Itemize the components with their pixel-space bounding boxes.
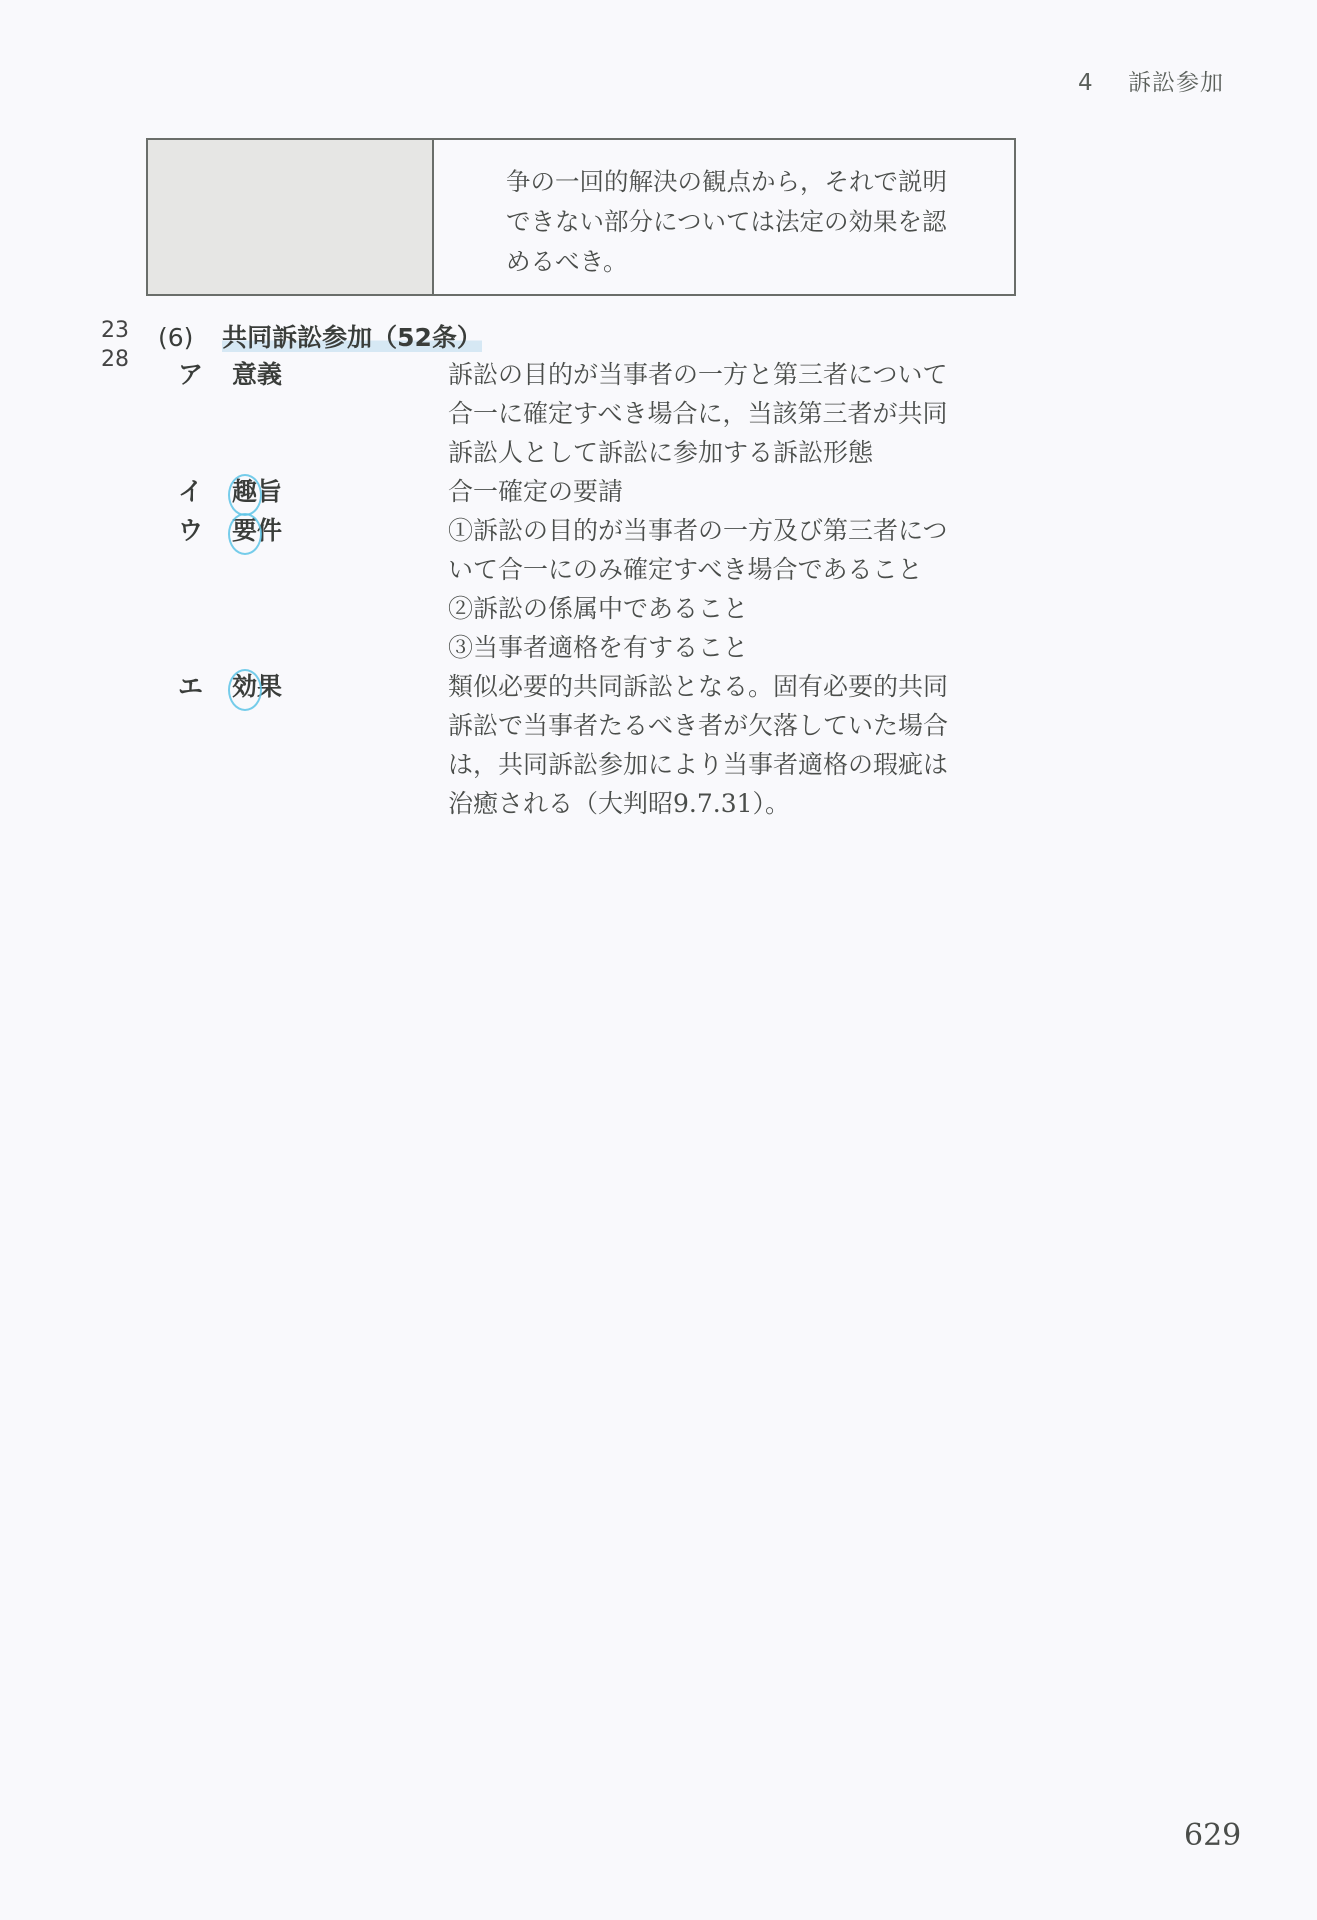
item-description: ①訴訟の目的が当事者の一方及び第三者につ いて合一にのみ確定すべき場合であること… [448,511,1008,667]
item-marker: ウ [178,511,203,550]
list-item-requirements: ウ 要件 ①訴訟の目的が当事者の一方及び第三者につ いて合一にのみ確定すべき場合… [0,511,1317,667]
margin-number: 23 [101,316,129,345]
desc-line: 合一確定の要請 [448,472,1008,511]
item-label: 意義 [232,355,282,394]
desc-line: は，共同訴訟参加により当事者適格の瑕疵は [448,745,1008,784]
desc-line: 治癒される（大判昭9.7.31）。 [448,784,1008,823]
table-left-cell [148,140,434,294]
chapter-number: 4 [1078,70,1094,96]
item-description: 類似必要的共同訴訟となる。固有必要的共同 訴訟で当事者たるべき者が欠落していた場… [448,667,1008,823]
desc-line: 訴訟人として訴訟に参加する訴訟形態 [448,433,1008,472]
chapter-title: 訴訟参加 [1128,70,1224,96]
desc-line: 合一に確定すべき場合に，当該第三者が共同 [448,394,1008,433]
page-number: 629 [1184,1818,1241,1853]
desc-line: 訴訟の目的が当事者の一方と第三者について [448,355,1008,394]
desc-line: いて合一にのみ確定すべき場合であること [448,550,1008,589]
desc-line: ②訴訟の係属中であること [448,589,1008,628]
running-head: 4 訴訟参加 [1078,64,1224,97]
desc-line: 類似必要的共同訴訟となる。固有必要的共同 [448,667,1008,706]
hand-circle-annotation: 要 [232,511,257,550]
list-item-purpose: イ 趣旨 合一確定の要請 [0,472,1317,511]
label-text: 意義 [232,360,282,389]
item-label: 要件 [232,511,282,550]
list-item-meaning: ア 意義 訴訟の目的が当事者の一方と第三者について 合一に確定すべき場合に，当該… [0,355,1317,472]
section-title: 共同訴訟参加（52条） [222,323,482,352]
hand-circle-annotation: 効 [232,667,257,706]
section-heading: (6) 共同訴訟参加（52条） [158,318,482,354]
item-label: 効果 [232,667,282,706]
definition-list: ア 意義 訴訟の目的が当事者の一方と第三者について 合一に確定すべき場合に，当該… [0,355,1317,823]
item-marker: エ [178,667,203,706]
hand-circle-annotation: 趣 [232,472,257,511]
table-text-line: できない部分については法定の効果を認 [506,202,1000,242]
item-marker: イ [178,472,203,511]
item-label: 趣旨 [232,472,282,511]
table-text-line: めるべき。 [506,242,1000,282]
item-description: 訴訟の目的が当事者の一方と第三者について 合一に確定すべき場合に，当該第三者が共… [448,355,1008,472]
continuation-table: 争の一回的解決の観点から，それで説明 できない部分については法定の効果を認 める… [146,138,1016,296]
desc-line: ①訴訟の目的が当事者の一方及び第三者につ [448,511,1008,550]
desc-line: ③当事者適格を有すること [448,628,1008,667]
section-number: (6) [158,323,193,352]
item-marker: ア [178,355,203,394]
list-item-effect: エ 効果 類似必要的共同訴訟となる。固有必要的共同 訴訟で当事者たるべき者が欠落… [0,667,1317,823]
desc-line: 訴訟で当事者たるべき者が欠落していた場合 [448,706,1008,745]
table-right-cell: 争の一回的解決の観点から，それで説明 できない部分については法定の効果を認 める… [434,140,1014,294]
item-description: 合一確定の要請 [448,472,1008,511]
table-text-line: 争の一回的解決の観点から，それで説明 [506,162,1000,202]
